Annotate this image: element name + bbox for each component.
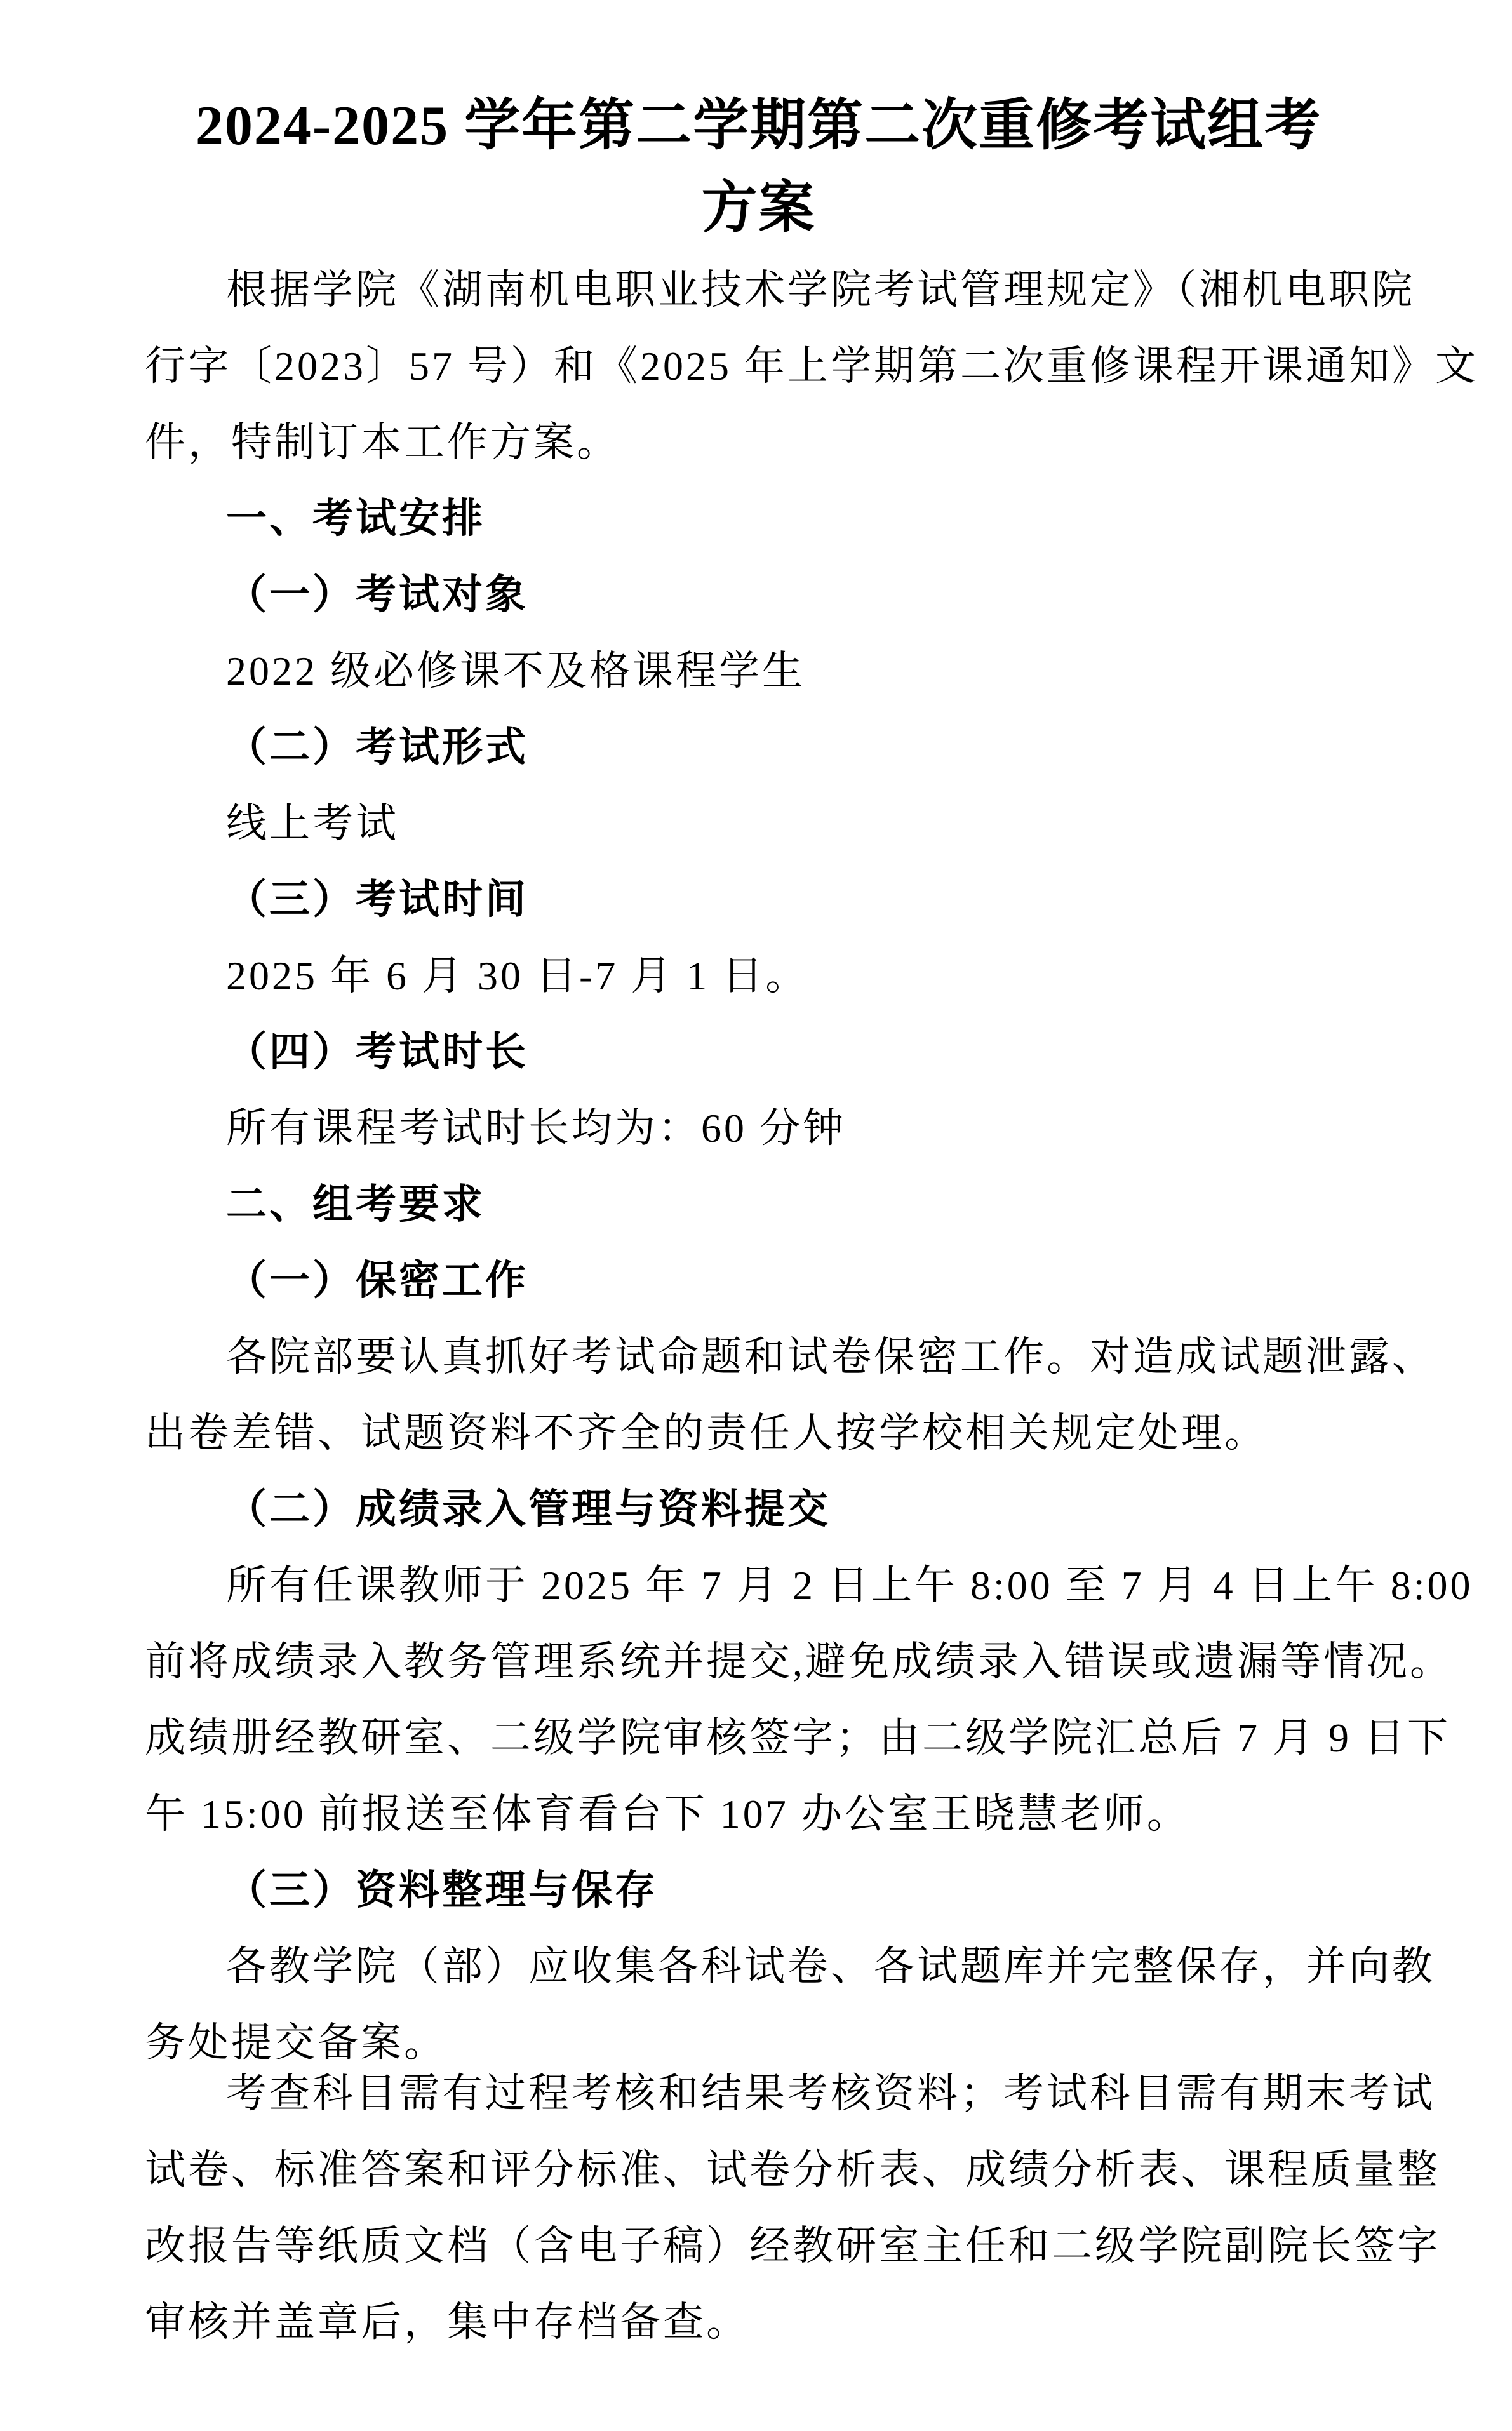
s1-sub3-body: 2025 年 6 月 30 日-7 月 1 日。 — [145, 938, 1372, 1014]
s2-sub3-p2-line-4: 审核并盖章后，集中存档备查。 — [145, 2284, 1372, 2361]
s2-sub2-line-3: 成绩册经教研室、二级学院审核签字；由二级学院汇总后 7 月 9 日下 — [145, 1700, 1372, 1776]
s2-sub3-p2-line-1: 考查科目需有过程考核和结果考核资料；考试科目需有期末考试 — [145, 2056, 1372, 2132]
intro-line-1: 根据学院《湖南机电职业技术学院考试管理规定》（湘机电职院 — [145, 252, 1372, 328]
intro-line-2: 行字〔2023〕57 号）和《2025 年上学期第二次重修课程开课通知》文 — [145, 328, 1372, 405]
section-2: 二、组考要求 （一）保密工作 各院部要认真抓好考试命题和试卷保密工作。对造成试题… — [145, 1167, 1372, 2361]
s2-sub2-heading: （二）成绩录入管理与资料提交 — [145, 1471, 1372, 1548]
s2-sub3-p2-line-2: 试卷、标准答案和评分标准、试卷分析表、成绩分析表、课程质量整 — [145, 2132, 1372, 2208]
s1-sub4-heading: （四）考试时长 — [145, 1014, 1372, 1090]
s2-sub3-paragraph-2: 考查科目需有过程考核和结果考核资料；考试科目需有期末考试 试卷、标准答案和评分标… — [145, 2056, 1372, 2361]
section-1: 一、考试安排 （一）考试对象 2022 级必修课不及格课程学生 （二）考试形式 … — [145, 481, 1372, 1167]
doc-title: 2024-2025 学年第二学期第二次重修考试组考 方案 — [145, 85, 1372, 250]
s1-sub1-body: 2022 级必修课不及格课程学生 — [145, 633, 1372, 709]
doc-title-line-1: 2024-2025 学年第二学期第二次重修考试组考 — [145, 85, 1372, 168]
s2-sub3-p2-line-3: 改报告等纸质文档（含电子稿）经教研室主任和二级学院副院长签字 — [145, 2208, 1372, 2284]
doc-title-line-2: 方案 — [145, 168, 1372, 250]
section-2-heading: 二、组考要求 — [145, 1167, 1372, 1243]
s1-sub3-heading: （三）考试时间 — [145, 862, 1372, 938]
intro-line-3: 件，特制订本工作方案。 — [145, 405, 1372, 481]
s1-sub2-heading: （二）考试形式 — [145, 709, 1372, 786]
section-1-heading: 一、考试安排 — [145, 481, 1372, 557]
s2-sub3-p1-line-1: 各教学院（部）应收集各科试卷、各试题库并完整保存，并向教 — [145, 1929, 1372, 2005]
s1-sub4-body: 所有课程考试时长均为：60 分钟 — [145, 1090, 1372, 1167]
s2-sub3-heading: （三）资料整理与保存 — [145, 1852, 1372, 1929]
s2-sub2-line-1: 所有任课教师于 2025 年 7 月 2 日上午 8:00 至 7 月 4 日上… — [145, 1548, 1372, 1624]
document-page: 2024-2025 学年第二学期第二次重修考试组考 方案 根据学院《湖南机电职业… — [0, 0, 1512, 2431]
s2-sub2-line-2: 前将成绩录入教务管理系统并提交,避免成绩录入错误或遗漏等情况。 — [145, 1624, 1372, 1700]
s2-sub1-line-1: 各院部要认真抓好考试命题和试卷保密工作。对造成试题泄露、 — [145, 1319, 1372, 1395]
s2-sub1-heading: （一）保密工作 — [145, 1243, 1372, 1319]
s1-sub1-heading: （一）考试对象 — [145, 557, 1372, 633]
s2-sub2-line-4: 午 15:00 前报送至体育看台下 107 办公室王晓慧老师。 — [145, 1776, 1372, 1852]
intro-paragraph: 根据学院《湖南机电职业技术学院考试管理规定》（湘机电职院 行字〔2023〕57 … — [145, 252, 1372, 481]
s2-sub1-line-2: 出卷差错、试题资料不齐全的责任人按学校相关规定处理。 — [145, 1395, 1372, 1471]
s1-sub2-body: 线上考试 — [145, 786, 1372, 862]
